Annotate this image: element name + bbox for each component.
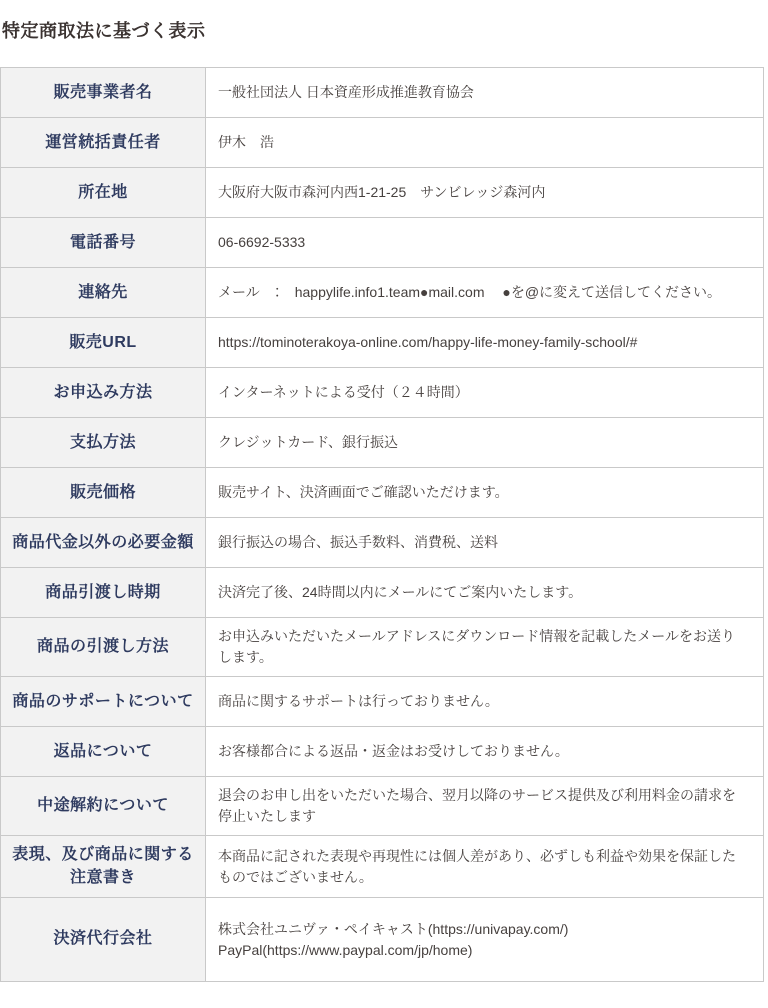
row-value: 一般社団法人 日本資産形成推進教育協会 (206, 68, 764, 118)
page: 特定商取法に基づく表示 販売事業者名 一般社団法人 日本資産形成推進教育協会 運… (0, 0, 768, 1008)
row-value: お客様都合による返品・返金はお受けしておりません。 (206, 727, 764, 777)
row-label: 商品のサポートについて (1, 677, 206, 727)
row-label: 販売事業者名 (1, 68, 206, 118)
page-title: 特定商取法に基づく表示 (2, 20, 768, 43)
table-row: 返品について お客様都合による返品・返金はお受けしておりません。 (1, 727, 764, 777)
table-row: 商品代金以外の必要金額 銀行振込の場合、振込手数料、消費税、送料 (1, 518, 764, 568)
row-label: 販売価格 (1, 468, 206, 518)
row-label: 電話番号 (1, 218, 206, 268)
row-label: 決済代行会社 (1, 898, 206, 982)
table-row: 表現、及び商品に関する 注意書き 本商品に記された表現や再現性には個人差があり、… (1, 836, 764, 898)
row-label: 運営統括責任者 (1, 118, 206, 168)
row-label: お申込み方法 (1, 368, 206, 418)
row-value: https://tominoterakoya-online.com/happy-… (206, 318, 764, 368)
row-label: 中途解約について (1, 777, 206, 836)
row-value: 販売サイト、決済画面でご確認いただけます。 (206, 468, 764, 518)
table-row: 商品の引渡し方法 お申込みいただいたメールアドレスにダウンロード情報を記載したメ… (1, 618, 764, 677)
row-value: 決済完了後、24時間以内にメールにてご案内いたします。 (206, 568, 764, 618)
table-row: お申込み方法 インターネットによる受付（２４時間） (1, 368, 764, 418)
row-value: 退会のお申し出をいただいた場合、翌月以降のサービス提供及び利用料金の請求を 停止… (206, 777, 764, 836)
row-label: 連絡先 (1, 268, 206, 318)
row-label: 返品について (1, 727, 206, 777)
table-row: 販売事業者名 一般社団法人 日本資産形成推進教育協会 (1, 68, 764, 118)
row-label: 販売URL (1, 318, 206, 368)
row-value: 06-6692-5333 (206, 218, 764, 268)
row-value: 株式会社ユニヴァ・ペイキャスト(https://univapay.com/) P… (206, 898, 764, 982)
row-value: 本商品に記された表現や再現性には個人差があり、必ずしも利益や効果を保証した もの… (206, 836, 764, 898)
row-label: 表現、及び商品に関する 注意書き (1, 836, 206, 898)
table-row: 商品のサポートについて 商品に関するサポートは行っておりません。 (1, 677, 764, 727)
row-value: お申込みいただいたメールアドレスにダウンロード情報を記載したメールをお送り しま… (206, 618, 764, 677)
row-value: 大阪府大阪市森河内西1-21-25 サンビレッジ森河内 (206, 168, 764, 218)
table-row: 電話番号 06-6692-5333 (1, 218, 764, 268)
table-row: 所在地 大阪府大阪市森河内西1-21-25 サンビレッジ森河内 (1, 168, 764, 218)
row-label: 商品引渡し時期 (1, 568, 206, 618)
table-row: 運営統括責任者 伊木 浩 (1, 118, 764, 168)
row-label: 所在地 (1, 168, 206, 218)
table-row: 連絡先 メール ： happylife.info1.team●mail.com … (1, 268, 764, 318)
table-row: 販売価格 販売サイト、決済画面でご確認いただけます。 (1, 468, 764, 518)
table-row: 中途解約について 退会のお申し出をいただいた場合、翌月以降のサービス提供及び利用… (1, 777, 764, 836)
table-row: 商品引渡し時期 決済完了後、24時間以内にメールにてご案内いたします。 (1, 568, 764, 618)
row-label: 商品代金以外の必要金額 (1, 518, 206, 568)
disclosure-table: 販売事業者名 一般社団法人 日本資産形成推進教育協会 運営統括責任者 伊木 浩 … (0, 67, 764, 982)
row-value: メール ： happylife.info1.team●mail.com ●を@に… (206, 268, 764, 318)
row-value: 銀行振込の場合、振込手数料、消費税、送料 (206, 518, 764, 568)
table-row: 支払方法 クレジットカード、銀行振込 (1, 418, 764, 468)
row-label: 支払方法 (1, 418, 206, 468)
table-row: 販売URL https://tominoterakoya-online.com/… (1, 318, 764, 368)
row-value: インターネットによる受付（２４時間） (206, 368, 764, 418)
row-value: 伊木 浩 (206, 118, 764, 168)
row-value: 商品に関するサポートは行っておりません。 (206, 677, 764, 727)
row-value: クレジットカード、銀行振込 (206, 418, 764, 468)
table-row: 決済代行会社 株式会社ユニヴァ・ペイキャスト(https://univapay.… (1, 898, 764, 982)
row-label: 商品の引渡し方法 (1, 618, 206, 677)
